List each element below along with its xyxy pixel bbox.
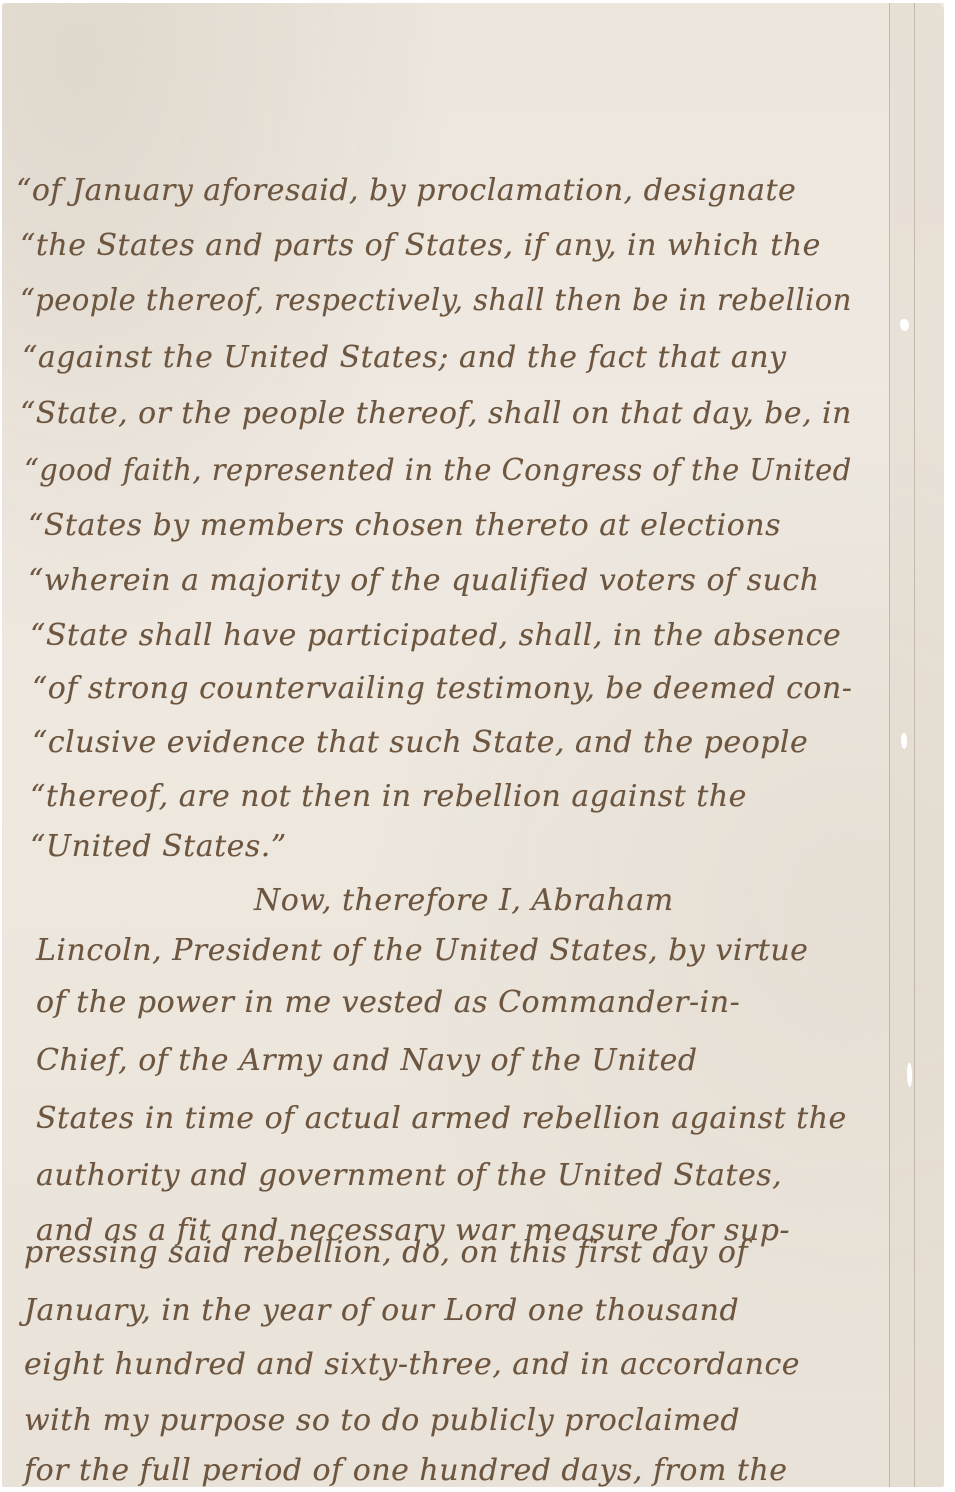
text-line: “clusive evidence that such State, and t… [32,725,808,760]
text-line: “thereof, are not then in rebellion agai… [30,779,747,814]
text-line: “people thereof, respectively, shall the… [20,283,852,318]
text-line: “against the United States; and the fact… [22,340,786,375]
text-line: “the States and parts of States, if any,… [20,228,821,263]
text-line: “good faith, represented in the Congress… [24,453,852,488]
text-line: January, in the year of our Lord one tho… [24,1293,739,1328]
text-line: Now, therefore I, Abraham [254,883,674,918]
text-line: “United States.” [30,829,287,864]
text-line: eight hundred and sixty-three, and in ac… [24,1347,800,1382]
manuscript-page: “of January aforesaid, by proclamation, … [2,3,944,1487]
handwritten-text: “of January aforesaid, by proclamation, … [2,3,944,1487]
text-line: “of January aforesaid, by proclamation, … [16,173,796,208]
text-line: authority and government of the United S… [36,1158,782,1193]
text-line: “State, or the people thereof, shall on … [20,396,852,431]
text-line: “of strong countervailing testimony, be … [32,671,852,706]
text-line: “wherein a majority of the qualified vot… [28,563,820,598]
text-line: States in time of actual armed rebellion… [36,1101,847,1136]
text-line: Chief, of the Army and Navy of the Unite… [36,1043,698,1078]
text-line: “State shall have participated, shall, i… [30,618,841,653]
text-line: with my purpose so to do publicly procla… [24,1403,740,1438]
text-line: of the power in me vested as Commander-i… [36,985,740,1020]
text-line: Lincoln, President of the United States,… [36,933,808,968]
text-line: pressing said rebellion, do, on this fir… [24,1235,748,1270]
text-line: “States by members chosen thereto at ele… [28,508,781,543]
text-line: for the full period of one hundred days,… [24,1453,788,1488]
